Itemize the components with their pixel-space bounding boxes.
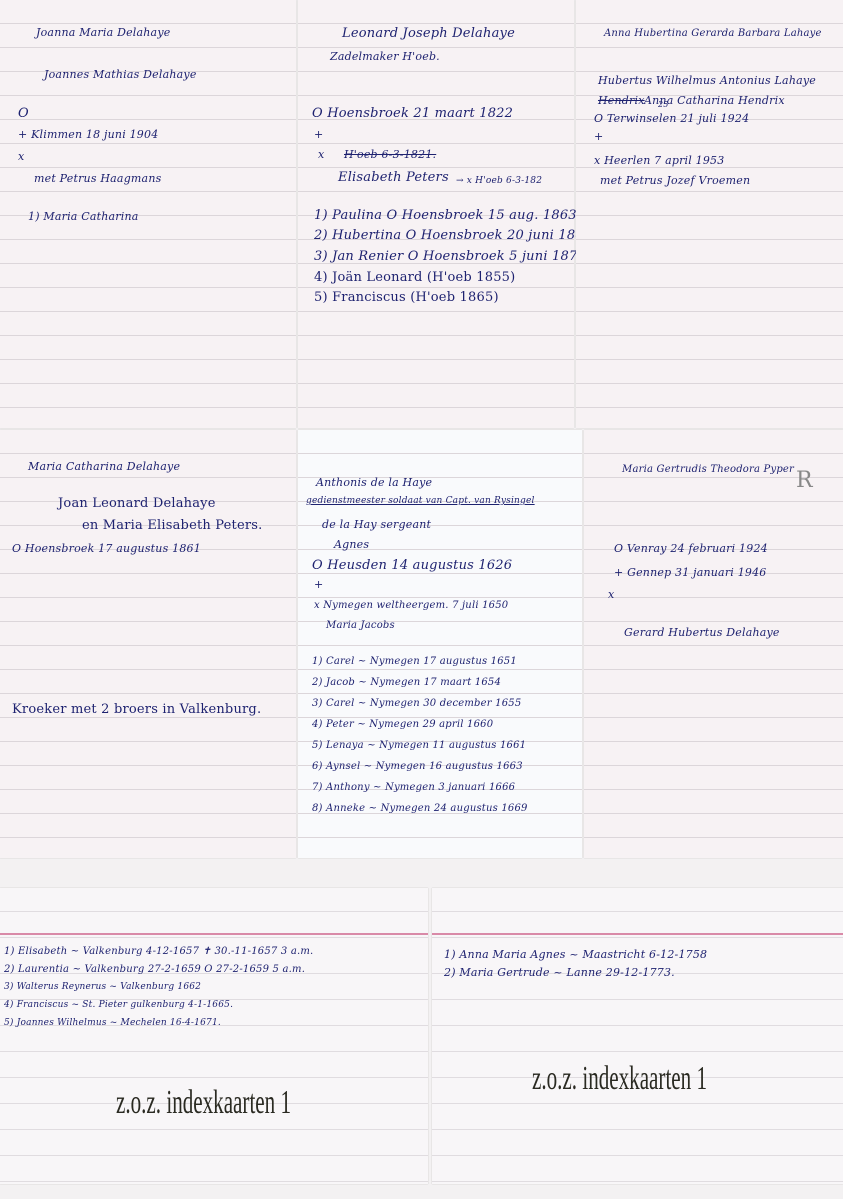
birth-line: O Terwinselen 21 juli 1924 <box>594 112 749 125</box>
pencil-mark: R <box>796 468 813 493</box>
card-name: Leonard Joseph Delahaye <box>342 26 515 41</box>
line-3: de la Hay sergeant <box>322 518 431 531</box>
child-2: 2) Laurentia ~ Valkenburg 27-2-1659 O 27… <box>4 964 305 975</box>
child-1: 1) Carel ~ Nymegen 17 augustus 1651 <box>312 656 517 667</box>
birth-correction: 25 <box>658 100 669 109</box>
death-line: + Gennep 31 januari 1946 <box>614 566 766 579</box>
child-3: 3) Jan Renier O Hoensbroek 5 juni 1873 <box>314 249 586 264</box>
title-line: gedienstmeester soldaat van Capt. van Ry… <box>306 496 535 506</box>
line-4: Agnes <box>334 538 369 551</box>
marriage-line: x Heerlen 7 april 1953 <box>594 154 724 167</box>
card-name: Maria Catharina Delahaye <box>28 460 180 473</box>
child-7: 7) Anthony ~ Nymegen 3 januari 1666 <box>312 782 515 793</box>
card-name: Maria Gertrudis Theodora Pyper <box>622 464 794 475</box>
card-name: Joanna Maria Delahaye <box>36 26 170 39</box>
card-parents: Joannes Mathias Delahaye <box>44 68 197 81</box>
death-line: + Klimmen 18 juni 1904 <box>18 128 158 141</box>
birth-line: O Venray 24 februari 1924 <box>614 542 768 555</box>
marriage-line: x Nymegen weltheergem. 7 juli 1650 <box>314 600 508 611</box>
mother-struck: Hendrix <box>598 94 645 107</box>
birth-line: O Hoensbroek 21 maart 1822 <box>312 106 513 121</box>
marriage-line: x <box>18 150 24 163</box>
child-8: 8) Anneke ~ Nymegen 24 augustus 1669 <box>312 803 528 814</box>
death-line: + <box>314 578 323 591</box>
child-line: 1) Maria Catharina <box>28 210 139 223</box>
father-line: Joan Leonard Delahaye <box>58 496 216 511</box>
child-1: 1) Paulina O Hoensbroek 15 aug. 1863 <box>314 208 577 223</box>
red-header-line <box>432 933 843 935</box>
child-5: 5) Lenaya ~ Nymegen 11 augustus 1661 <box>312 740 526 751</box>
child-4: 4) Franciscus ~ St. Pieter gulkenburg 4-… <box>4 1000 233 1010</box>
marriage-struck: H'oeb 6-3-1821. <box>344 148 436 161</box>
index-card-1: 1) Elisabeth ~ Valkenburg 4-12-1657 ✝ 30… <box>0 888 428 1184</box>
card-anna-hubertina-lahaye: Anna Hubertina Gerarda Barbara Lahaye Hu… <box>576 0 843 428</box>
child-2: 2) Jacob ~ Nymegen 17 maart 1654 <box>312 677 501 688</box>
child-3: 3) Carel ~ Nymegen 30 december 1655 <box>312 698 521 709</box>
child-4: 4) Peter ~ Nymegen 29 april 1660 <box>312 719 493 730</box>
child-1: 1) Anna Maria Agnes ~ Maastricht 6-12-17… <box>444 948 707 961</box>
red-header-line <box>0 933 428 935</box>
child-6: 6) Aynsel ~ Nymegen 16 augustus 1663 <box>312 761 523 772</box>
spouse-line: Elisabeth Peters <box>338 170 449 185</box>
child-4: 4) Joän Leonard (H'oeb 1855) <box>314 270 515 285</box>
child-2: 2) Maria Gertrude ~ Lanne 29-12-1773. <box>444 966 675 979</box>
spouse-note: → x H'oeb 6-3-182 <box>456 176 542 186</box>
child-5: 5) Joannes Wilhelmus ~ Mechelen 16-4-167… <box>4 1018 221 1028</box>
child-5: 5) Franciscus (H'oeb 1865) <box>314 290 499 305</box>
father-line: Hubertus Wilhelmus Antonius Lahaye <box>598 74 816 87</box>
index-card-2: 1) Anna Maria Agnes ~ Maastricht 6-12-17… <box>432 888 843 1184</box>
marriage-prefix: x <box>318 148 324 161</box>
spouse-line: met Petrus Haagmans <box>34 172 161 185</box>
card-anthonis-de-la-haye: Anthonis de la Haye gedienstmeester sold… <box>298 430 582 858</box>
birth-line: O <box>18 106 29 121</box>
death-line: + <box>314 128 323 141</box>
card-name: Anna Hubertina Gerarda Barbara Lahaye <box>604 28 822 39</box>
note-line: Kroeker met 2 broers in Valkenburg. <box>12 702 261 717</box>
zoz-stamp: z.o.z. indexkaarten 1 <box>532 1060 707 1098</box>
card-name: Anthonis de la Haye <box>316 476 432 489</box>
child-3: 3) Walterus Reynerus ~ Valkenburg 1662 <box>4 982 201 992</box>
card-leonard-joseph-delahaye: Leonard Joseph Delahaye Zadelmaker H'oeb… <box>298 0 574 428</box>
card-joanna-maria-delahaye: Joanna Maria Delahaye Joannes Mathias De… <box>0 0 296 428</box>
birth-line: O Heusden 14 augustus 1626 <box>312 558 512 573</box>
spouse-line: Gerard Hubertus Delahaye <box>624 626 780 639</box>
mother-line: en Maria Elisabeth Peters. <box>82 518 262 533</box>
death-line: + <box>594 130 603 143</box>
zoz-stamp: z.o.z. indexkaarten 1 <box>116 1084 291 1122</box>
marriage-line: x <box>608 588 614 601</box>
occupation: Zadelmaker H'oeb. <box>330 50 440 63</box>
spouse-line: met Petrus Jozef Vroemen <box>600 174 750 187</box>
card-maria-gertrudis-pyper: Maria Gertrudis Theodora Pyper R O Venra… <box>584 430 843 858</box>
child-2: 2) Hubertina O Hoensbroek 20 juni 1864 <box>314 228 592 243</box>
spouse-line: Maria Jacobs <box>326 620 395 631</box>
birth-line: O Hoensbroek 17 augustus 1861 <box>12 542 201 555</box>
card-maria-catharina-delahaye: Maria Catharina Delahaye Joan Leonard De… <box>0 430 296 858</box>
child-1: 1) Elisabeth ~ Valkenburg 4-12-1657 ✝ 30… <box>4 946 313 957</box>
